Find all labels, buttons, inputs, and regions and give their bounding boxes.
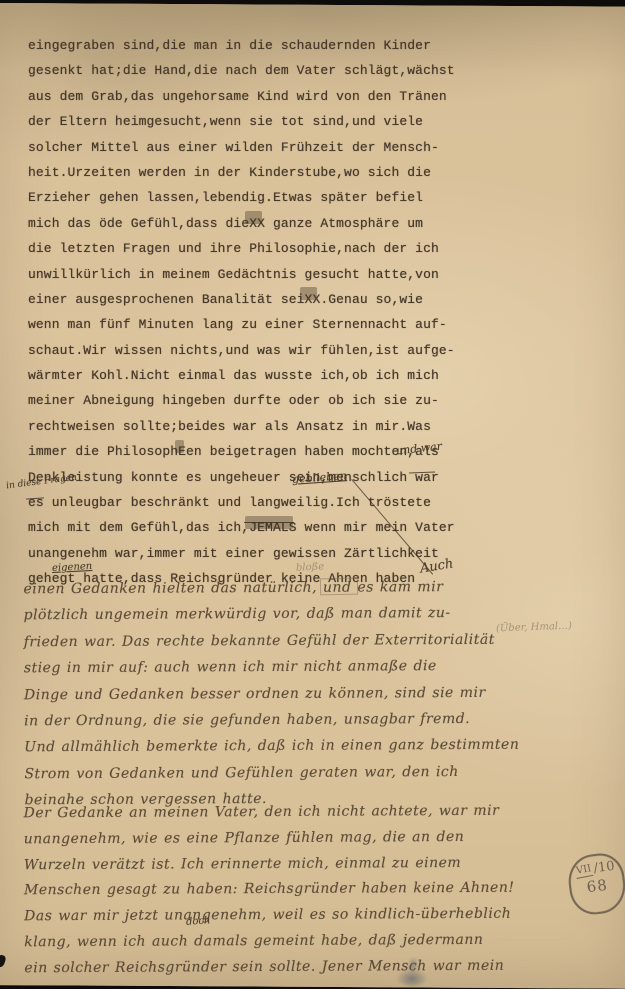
stamp-slash-number: /10 [593,861,615,875]
typed-line: unwillkürlich in meinem Gedächtnis gesuc… [28,262,498,287]
handwritten-line: Das war mir jetzt unangenehm, weil es so… [24,902,504,930]
typed-line: meiner Abneigung hingeben durfte oder ob… [28,388,498,413]
archive-number-stamp: VII/10 68 [566,851,625,917]
typescript-block: eingegraben sind,die man in die schauder… [28,33,498,592]
handwritten-line: frieden war. Das rechte bekannte Gefühl … [24,627,504,656]
handwritten-line: Wurzeln verätzt ist. Ich erinnerte mich,… [24,850,504,878]
handwritten-line: plötzlich ungemein merkwürdig vor, daß m… [24,600,504,629]
handwritten-line: Und allmählich bemerkte ich, daß ich in … [24,732,504,761]
handwritten-paragraph-2: Der Gedanke an meinen Vater, den ich nic… [24,799,505,982]
typed-line: heit.Urzeiten werden in der Kinderstube,… [28,160,498,185]
handwritten-line: Strom von Gedanken und Gefühlen geraten … [24,759,504,788]
handwritten-line: Menschen gesagt zu haben: Reichsgründer … [24,876,504,904]
typed-line: der Eltern heimgesucht,wenn sie tot sind… [28,109,498,134]
overtype-blot-dieXX [245,211,262,224]
insertion-eigenen: eigenen [52,561,93,574]
typed-line: wenn man fünf Minuten lang zu einer Ster… [28,312,498,337]
handwritten-line: klang, wenn ich auch damals gemeint habe… [24,928,504,956]
handwritten-line: Der Gedanke an meinen Vater, den ich nic… [24,799,504,827]
typed-line: schaut.Wir wissen nichts,und was wir füh… [28,338,498,363]
typed-line: gesenkt hat;die Hand,die nach dem Vater … [28,58,498,83]
margin-note-right-pencil: (Über, Hmal…) [496,621,572,635]
handwritten-line: in der Ordnung, die sie gefunden haben, … [24,706,504,735]
strike-jemals [244,522,294,523]
typed-line: mich das öde Gefühl,dass dieXX ganze Atm… [28,211,498,236]
typed-line: einer ausgesprochenen Banalität seiXX.Ge… [28,287,498,312]
handwritten-line: Dinge und Gedanken besser ordnen zu könn… [24,679,504,708]
typed-line: solcher Mittel aus einer wilden Frühzeit… [28,135,498,160]
handwritten-line: unangenehm, wie es eine Pflanze fühlen m… [24,825,504,853]
typed-line: es unleugbar beschränkt und langweilig.I… [28,490,498,515]
typed-line: wärmter Kohl.Nicht einmal das wusste ich… [28,363,498,388]
page-content: eingegraben sind,die man in die schauder… [0,0,625,989]
overtype-blot-seiXX [300,287,317,300]
handwritten-line: stieg in mir auf: auch wenn ich mir nich… [24,653,504,682]
typed-line: die letzten Fragen und ihre Philosophie,… [28,236,498,261]
typed-line: eingegraben sind,die man in die schauder… [28,33,498,58]
typed-line: Denkleistung konnte es ungeheuer sein,me… [28,465,498,490]
handwritten-line: einen Gedanken hielten das natürlich, un… [23,574,503,603]
handwritten-line: ein solcher Reichsgründer sein sollte. J… [24,954,504,982]
handwritten-paragraph-1: einen Gedanken hielten das natürlich, un… [23,574,504,814]
typed-line: aus dem Grab,das ungehorsame Kind wird v… [28,84,498,109]
typed-line: rechtweisen sollte;beides war als Ansatz… [28,414,498,439]
pencil-insertion-blosse: bloße [296,561,325,573]
overtype-blot-philosophE [175,440,184,453]
paper-edge-nick [0,954,7,968]
stamp-roman-numeral: VII [575,863,594,879]
typed-line: Erzieher gehen lassen,lebendig.Etwas spä… [28,185,498,210]
